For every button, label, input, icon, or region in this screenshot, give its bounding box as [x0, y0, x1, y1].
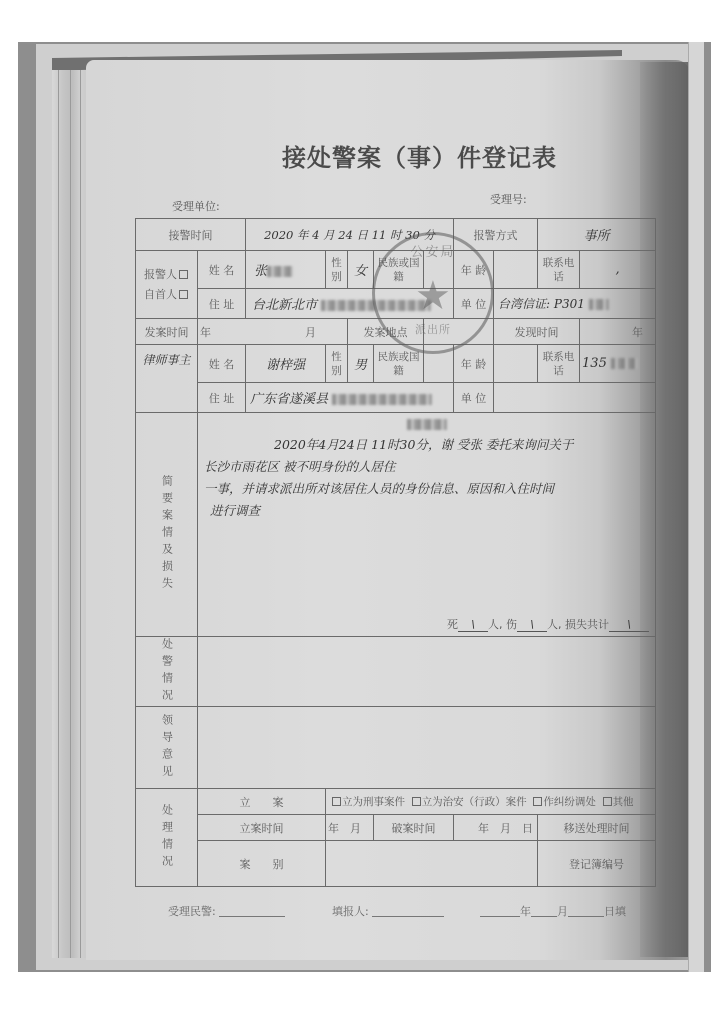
reporter-name-value: 张 [246, 251, 326, 289]
summary-line-4: 进行调查 [204, 500, 649, 522]
filler-field: 填报人: [332, 903, 444, 919]
filing-label: 立 案 [198, 789, 326, 815]
handling-label: 处警情况 [159, 638, 175, 706]
criminal-case-checkbox[interactable] [332, 797, 341, 806]
dispute-mediation-checkbox[interactable] [533, 797, 542, 806]
incident-time-row: 发案时间 年 月 日 时 发案地点 发现时间 年 [136, 319, 656, 345]
party-unit-label: 单 位 [454, 383, 494, 413]
processing-label-cell: 处理情况 [136, 789, 198, 887]
handling-content [198, 637, 656, 707]
register-number-label: 登记簿编号 [538, 841, 656, 887]
officer-signature-line[interactable] [219, 907, 285, 917]
reporter-name-label: 姓 名 [198, 251, 246, 289]
party-gender-value: 男 [348, 345, 374, 383]
category-label: 案 别 [198, 841, 326, 887]
incident-place-value [424, 319, 494, 345]
fill-month-line[interactable] [531, 907, 557, 917]
handling-label-cell: 处警情况 [136, 637, 198, 707]
party-ethnicity-label: 民族或国籍 [374, 345, 424, 383]
reporter-gender-value: 女 [348, 251, 374, 289]
party-age-label: 年 龄 [454, 345, 494, 383]
alarm-time-row: 接警时间 2020 年 4 月 24 日 11 时 30 分 报警方式 事所 [136, 219, 656, 251]
summary-label-cell: 简要案情及损失 [136, 413, 198, 637]
filing-options: 立为刑事案件 立为治安（行政）案件 作纠纷调处 其他 [326, 789, 656, 815]
other-checkbox[interactable] [603, 797, 612, 806]
found-time-label: 发现时间 [494, 319, 580, 345]
reporter-address-value: 台北新北市 [246, 289, 454, 319]
summary-label: 简要案情及损失 [159, 475, 175, 594]
incident-time-value: 年 月 日 时 [198, 319, 348, 345]
reporter-gender-label: 性别 [326, 251, 348, 289]
reporter-age-label: 年 龄 [454, 251, 494, 289]
fill-day-line[interactable] [568, 907, 604, 917]
filing-date: 年 月 日 [326, 815, 374, 841]
handling-row: 处警情况 [136, 637, 656, 707]
public-security-case-checkbox[interactable] [412, 797, 421, 806]
surrender-role-label: 自首人 [144, 288, 177, 301]
leader-opinion-content [198, 707, 656, 789]
fill-date-field: 年月日填 [480, 903, 626, 919]
processing-time-row: 立案时间 年 月 日 破案时间 年 月 日 移送处理时间 年 月 [136, 815, 656, 841]
reporter-phone-label: 联系电话 [538, 251, 580, 289]
party-unit-value [494, 383, 656, 413]
reporter-age-value [494, 251, 538, 289]
reporter-ethnicity-value [424, 251, 454, 289]
leader-opinion-row: 领导意见 [136, 707, 656, 789]
fill-year-line[interactable] [480, 907, 520, 917]
transfer-time-label: 移送处理时间 [538, 815, 656, 841]
reporter-unit-label: 单 位 [454, 289, 494, 319]
reporter-address-row: 住 址 台北新北市 单 位 台湾信证: P301 [136, 289, 656, 319]
solved-date: 年 月 日 [454, 815, 538, 841]
party-role-label: 律师事主 [136, 345, 198, 413]
document-title: 接处警案（事）件登记表 [282, 138, 557, 173]
officer-label: 受理民警: [168, 905, 216, 918]
party-ethnicity-value [424, 345, 454, 383]
party-gender-label: 性别 [326, 345, 348, 383]
page-curl-shadow [640, 62, 688, 957]
alarm-time-label: 接警时间 [136, 219, 246, 251]
summary-row: 简要案情及损失 2020年4月24日 11时30分，谢 受张 委托来询问关于 长… [136, 413, 656, 637]
registration-form-table: 接警时间 2020 年 4 月 24 日 11 时 30 分 报警方式 事所 报… [135, 218, 656, 887]
accepting-unit-label: 受理单位: [172, 198, 220, 214]
party-name-value: 谢梓强 [246, 345, 326, 383]
reporter-ethnicity-label: 民族或国籍 [374, 251, 424, 289]
filing-row: 处理情况 立 案 立为刑事案件 立为治安（行政）案件 作纠纷调处 其他 [136, 789, 656, 815]
scanner-edge [688, 42, 704, 972]
accepting-number-label: 受理号: [490, 191, 527, 207]
alarm-method-label: 报警方式 [454, 219, 538, 251]
party-address-row: 住 址 广东省遂溪县 单 位 [136, 383, 656, 413]
solved-time-label: 破案时间 [374, 815, 454, 841]
alarm-time-value: 2020 年 4 月 24 日 11 时 30 分 [246, 219, 454, 251]
leader-opinion-label: 领导意见 [159, 714, 175, 782]
category-value [326, 841, 538, 887]
reporter-role-cell: 报警人 自首人 [136, 251, 198, 319]
party-name-label: 姓 名 [198, 345, 246, 383]
processing-label: 处理情况 [159, 804, 175, 872]
reporter-unit-value: 台湾信证: P301 [494, 289, 656, 319]
reporter-address-label: 住 址 [198, 289, 246, 319]
surrender-checkbox[interactable] [179, 290, 188, 299]
filing-time-label: 立案时间 [198, 815, 326, 841]
summary-line-3: 一事，并请求派出所对该居住人员的身份信息、原因和入住时间 [204, 478, 649, 500]
summary-line-1: 2020年4月24日 11时30分，谢 受张 委托来询问关于 [204, 434, 649, 456]
leader-opinion-label-cell: 领导意见 [136, 707, 198, 789]
summary-content: 2020年4月24日 11时30分，谢 受张 委托来询问关于 长沙市雨花区 被不… [198, 413, 656, 637]
party-phone-label: 联系电话 [538, 345, 580, 383]
party-address-label: 住 址 [198, 383, 246, 413]
officer-field: 受理民警: [168, 903, 285, 919]
reporter-name-row: 报警人 自首人 姓 名 张 性别 女 民族或国籍 年 龄 联系电话 , [136, 251, 656, 289]
alarm-method-value: 事所 [538, 219, 656, 251]
reporter-role-label: 报警人 [144, 268, 177, 281]
filler-label: 填报人: [332, 905, 369, 918]
party-age-value [494, 345, 538, 383]
category-row: 案 别 登记簿编号 刑事 治安 年第 号 [136, 841, 656, 887]
party-address-value: 广东省遂溪县 [246, 383, 454, 413]
summary-line-2: 长沙市雨花区 被不明身份的人居住 [204, 456, 649, 478]
reporter-checkbox[interactable] [179, 270, 188, 279]
party-name-row: 律师事主 姓 名 谢梓强 性别 男 民族或国籍 年 龄 联系电话 135 [136, 345, 656, 383]
incident-time-label: 发案时间 [136, 319, 198, 345]
filler-signature-line[interactable] [372, 907, 444, 917]
incident-place-label: 发案地点 [348, 319, 424, 345]
casualty-loss-line: 死\人, 伤\人, 损失共计\ [447, 616, 649, 632]
